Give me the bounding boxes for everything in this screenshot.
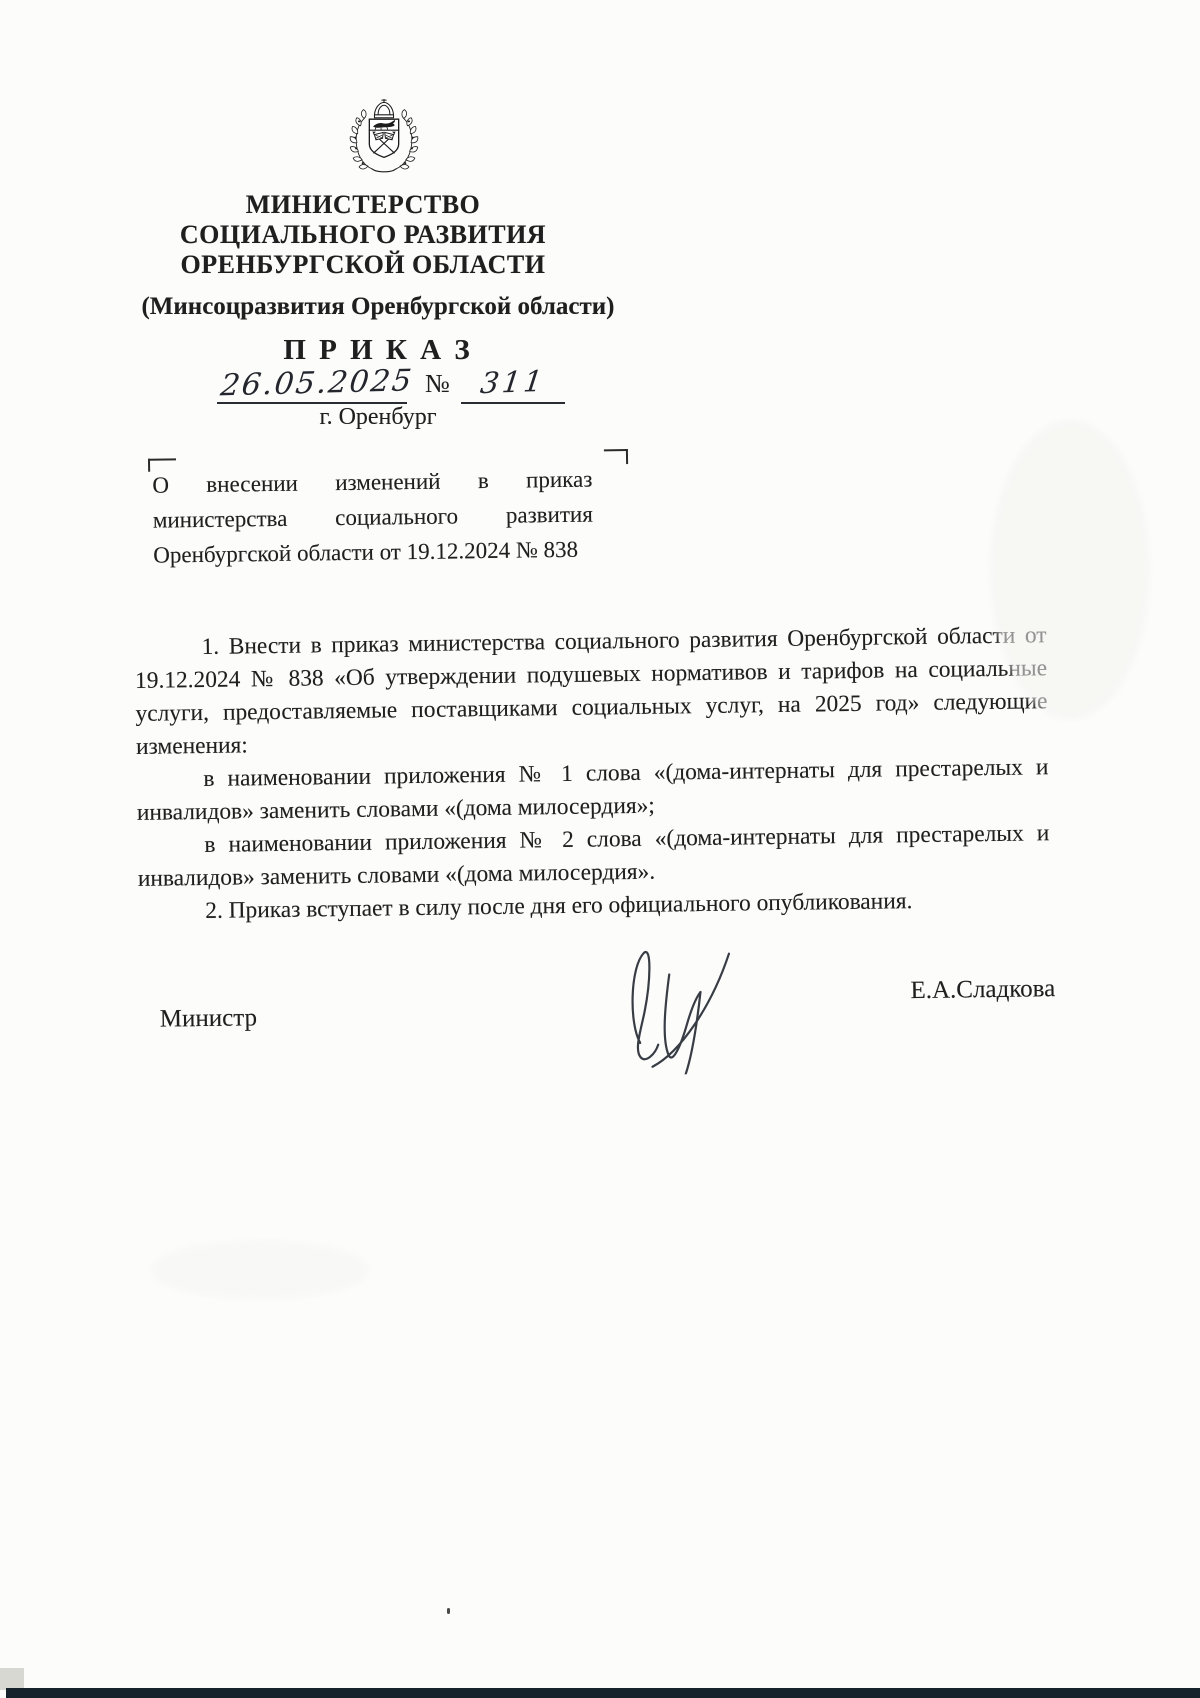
handwritten-date: 26.05.2025: [219, 364, 404, 404]
subject-block: О внесении изменений в приказ министерст…: [152, 462, 593, 573]
order-body: 1. Внести в приказ министерства социальн…: [134, 619, 1050, 929]
scan-edge-corner: [0, 1668, 24, 1690]
handwritten-signature: [599, 923, 771, 1075]
signer-name: Е.А.Сладкова: [910, 975, 1055, 1005]
ministry-name-line-2: СОЦИАЛЬНОГО РАЗВИТИЯ: [133, 220, 593, 250]
orenburg-coat-of-arms-icon: [340, 94, 428, 184]
body-paragraph-1: 1. Внести в приказ министерства социальн…: [134, 619, 1048, 764]
scan-speck: [447, 1608, 450, 1614]
ministry-name-line-3: ОРЕНБУРГСКОЙ ОБЛАСТИ: [133, 250, 593, 280]
layout-corner-mark-right: [604, 449, 628, 464]
scan-smudge: [990, 420, 1150, 720]
layout-corner-mark-left: [148, 458, 176, 471]
handwritten-number: 311: [461, 363, 566, 400]
document-type-title: П Р И К А З: [133, 334, 623, 367]
document-content: О внесении изменений в приказ министерст…: [130, 447, 1059, 1100]
scanned-order-page: МИНИСТЕРСТВО СОЦИАЛЬНОГО РАЗВИТИЯ ОРЕНБУ…: [0, 0, 1200, 1698]
number-sign: №: [425, 369, 450, 399]
signer-position: Министр: [160, 1004, 258, 1033]
date-number-row: 26.05.2025 № 311: [133, 365, 623, 405]
ministry-short-name: (Минсоцразвития Оренбургской области): [133, 293, 623, 321]
ministry-name-line-1: МИНИСТЕРСТВО: [133, 190, 593, 220]
city-line: г. Оренбург: [133, 404, 623, 431]
ministry-name: МИНИСТЕРСТВО СОЦИАЛЬНОГО РАЗВИТИЯ ОРЕНБУ…: [133, 190, 593, 280]
subject-text: О внесении изменений в приказ министерст…: [152, 462, 593, 573]
scan-smudge: [150, 1240, 370, 1300]
scan-edge-band: [6, 1688, 1200, 1698]
